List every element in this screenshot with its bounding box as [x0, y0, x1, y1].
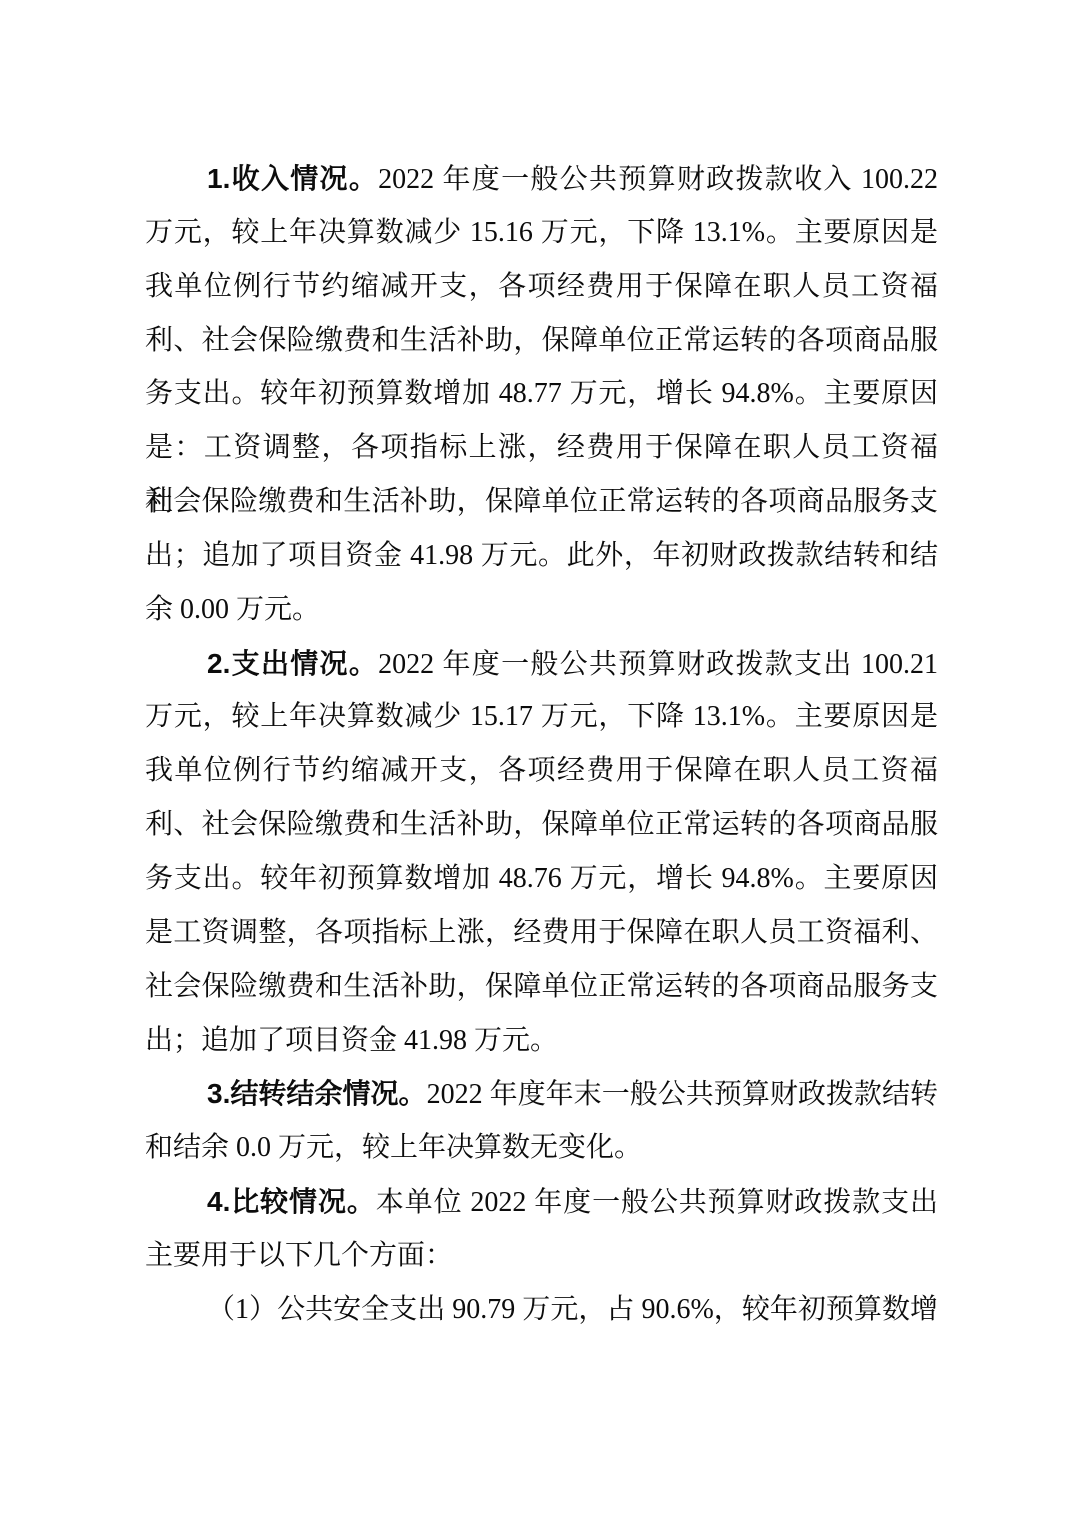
text-line: 我单位例行节约缩减开支，各项经费用于保障在职人员工资福 — [145, 260, 938, 314]
text-line: 是工资调整，各项指标上涨，经费用于保障在职人员工资福利、 — [145, 906, 938, 960]
text-line: 是：工资调整，各项指标上涨，经费用于保障在职人员工资福利、 — [145, 421, 938, 475]
line-text: 我单位例行节约缩减开支，各项经费用于保障在职人员工资福 — [145, 271, 938, 302]
line-text: 2022 年度一般公共预算财政拨款支出 100.21 — [378, 649, 938, 680]
document-page: 1.收入情况。2022 年度一般公共预算财政拨款收入 100.22万元，较上年决… — [0, 0, 1074, 1520]
text-line: 务支出。较年初预算数增加 48.76 万元，增长 94.8%。主要原因 — [145, 852, 938, 906]
text-line: 2.支出情况。2022 年度一般公共预算财政拨款支出 100.21 — [145, 637, 938, 691]
text-line: 主要用于以下几个方面： — [145, 1229, 938, 1283]
text-line: 出；追加了项目资金 41.98 万元。此外，年初财政拨款结转和结 — [145, 529, 938, 583]
text-line: 利、社会保险缴费和生活补助，保障单位正常运转的各项商品服 — [145, 798, 938, 852]
line-text: 余 0.00 万元。 — [145, 594, 320, 625]
line-text: 主要用于以下几个方面： — [145, 1240, 453, 1271]
text-line: 1.收入情况。2022 年度一般公共预算财政拨款收入 100.22 — [145, 152, 938, 206]
line-text: （1）公共安全支出 90.79 万元，占 90.6%，较年初预算数增 — [207, 1294, 938, 1325]
text-line: 务支出。较年初预算数增加 48.77 万元，增长 94.8%。主要原因 — [145, 367, 938, 421]
line-text: 社会保险缴费和生活补助，保障单位正常运转的各项商品服务支 — [145, 486, 938, 517]
line-text: 本单位 2022 年度一般公共预算财政拨款支出 — [376, 1187, 938, 1218]
text-line: 出；追加了项目资金 41.98 万元。 — [145, 1014, 938, 1068]
line-text: 2022 年度一般公共预算财政拨款收入 100.22 — [378, 164, 938, 195]
text-line: 利、社会保险缴费和生活补助，保障单位正常运转的各项商品服 — [145, 314, 938, 368]
document-text-block: 1.收入情况。2022 年度一般公共预算财政拨款收入 100.22万元，较上年决… — [145, 152, 938, 1337]
section-heading: 2.支出情况。 — [207, 648, 378, 679]
line-text: 是工资调整，各项指标上涨，经费用于保障在职人员工资福利、 — [145, 917, 938, 948]
line-text: 我单位例行节约缩减开支，各项经费用于保障在职人员工资福 — [145, 755, 938, 786]
text-line: （1）公共安全支出 90.79 万元，占 90.6%，较年初预算数增 — [145, 1283, 938, 1337]
text-line: 我单位例行节约缩减开支，各项经费用于保障在职人员工资福 — [145, 744, 938, 798]
section-heading: 3.结转结余情况。 — [207, 1078, 427, 1109]
line-text: 万元，较上年决算数减少 15.17 万元，下降 13.1%。主要原因是 — [145, 701, 938, 732]
section-heading: 4.比较情况。 — [207, 1186, 376, 1217]
text-line: 万元，较上年决算数减少 15.16 万元，下降 13.1%。主要原因是 — [145, 206, 938, 260]
line-text: 和结余 0.0 万元，较上年决算数无变化。 — [145, 1132, 642, 1163]
text-line: 社会保险缴费和生活补助，保障单位正常运转的各项商品服务支 — [145, 960, 938, 1014]
text-line: 4.比较情况。本单位 2022 年度一般公共预算财政拨款支出 — [145, 1175, 938, 1229]
text-line: 社会保险缴费和生活补助，保障单位正常运转的各项商品服务支 — [145, 475, 938, 529]
line-text: 出；追加了项目资金 41.98 万元。此外，年初财政拨款结转和结 — [145, 540, 938, 571]
line-text: 利、社会保险缴费和生活补助，保障单位正常运转的各项商品服 — [145, 809, 938, 840]
text-line: 和结余 0.0 万元，较上年决算数无变化。 — [145, 1121, 938, 1175]
text-line: 3.结转结余情况。2022 年度年末一般公共预算财政拨款结转 — [145, 1067, 938, 1121]
line-text: 务支出。较年初预算数增加 48.77 万元，增长 94.8%。主要原因 — [145, 378, 938, 409]
line-text: 利、社会保险缴费和生活补助，保障单位正常运转的各项商品服 — [145, 325, 938, 356]
section-heading: 1.收入情况。 — [207, 163, 378, 194]
line-text: 务支出。较年初预算数增加 48.76 万元，增长 94.8%。主要原因 — [145, 863, 938, 894]
text-line: 余 0.00 万元。 — [145, 583, 938, 637]
text-line: 万元，较上年决算数减少 15.17 万元，下降 13.1%。主要原因是 — [145, 690, 938, 744]
line-text: 出；追加了项目资金 41.98 万元。 — [145, 1025, 558, 1056]
line-text: 万元，较上年决算数减少 15.16 万元，下降 13.1%。主要原因是 — [145, 217, 938, 248]
line-text: 社会保险缴费和生活补助，保障单位正常运转的各项商品服务支 — [145, 971, 938, 1002]
line-text: 2022 年度年末一般公共预算财政拨款结转 — [427, 1079, 938, 1110]
